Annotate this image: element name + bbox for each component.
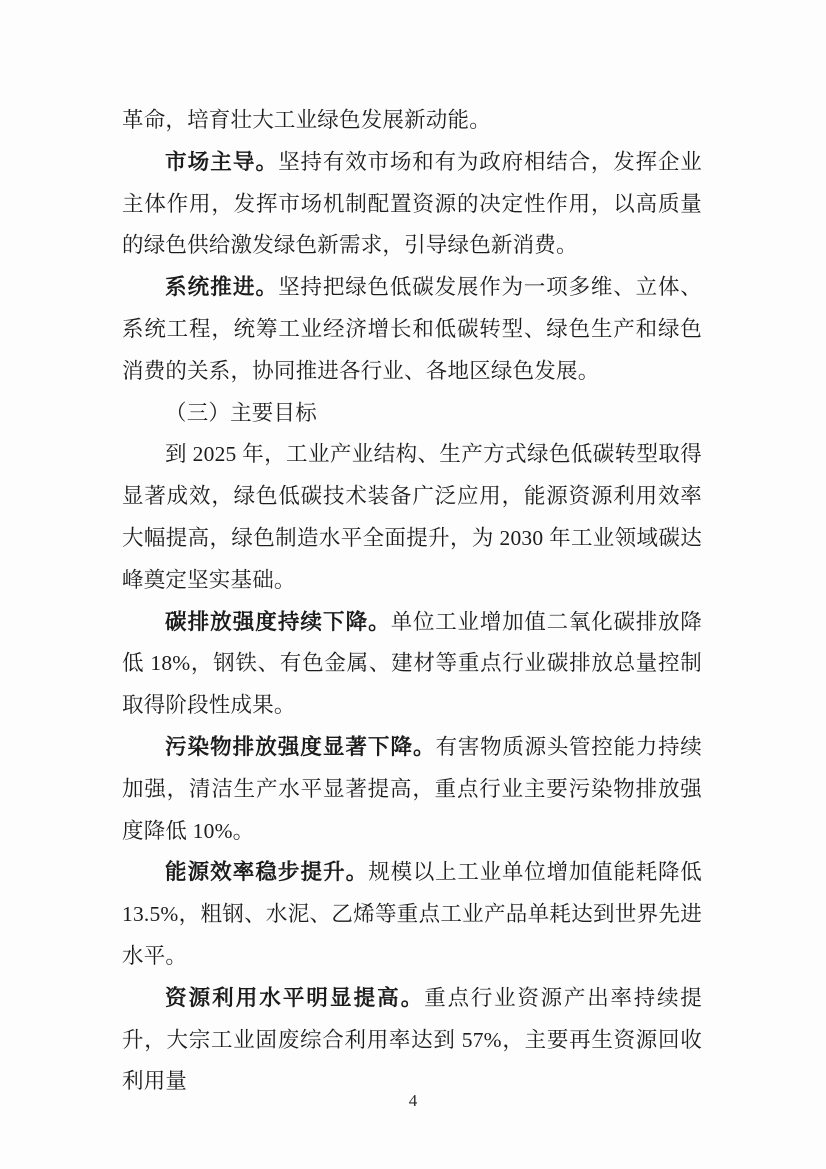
body-paragraph-systematic-advance: 系统推进。坚持把绿色低碳发展作为一项多维、立体、系统工程，统筹工业经济增长和低碳… (122, 267, 702, 392)
body-paragraph-carbon-intensity: 碳排放强度持续下降。单位工业增加值二氧化碳排放降低 18%，钢铁、有色金属、建材… (122, 602, 702, 727)
document-body: 革命，培育壮大工业绿色发展新动能。 市场主导。坚持有效市场和有为政府相结合，发挥… (122, 100, 702, 1103)
body-paragraph-energy-efficiency: 能源效率稳步提升。规模以上工业单位增加值能耗降低 13.5%，粗钢、水泥、乙烯等… (122, 852, 702, 977)
paragraph-lead: 市场主导。 (165, 150, 278, 174)
paragraph-lead: 污染物排放强度显著下降。 (165, 735, 436, 759)
paragraph-lead: 资源利用水平明显提高。 (165, 986, 424, 1010)
body-paragraph-market-led: 市场主导。坚持有效市场和有为政府相结合，发挥企业主体作用，发挥市场机制配置资源的… (122, 142, 702, 267)
paragraph-lead: 能源效率稳步提升。 (165, 860, 368, 884)
paragraph-lead: 系统推进。 (165, 275, 278, 299)
paragraph-lead: 碳排放强度持续下降。 (165, 610, 391, 634)
page-footer: 4 (0, 1091, 826, 1111)
paragraph-text: 到 2025 年，工业产业结构、生产方式绿色低碳转型取得显著成效，绿色低碳技术装… (122, 442, 702, 591)
document-page: 革命，培育壮大工业绿色发展新动能。 市场主导。坚持有效市场和有为政府相结合，发挥… (0, 0, 826, 1169)
body-paragraph-resource-utilization: 资源利用水平明显提高。重点行业资源产出率持续提升，大宗工业固废综合利用率达到 5… (122, 978, 702, 1103)
section-heading-main-goals: （三）主要目标 (122, 393, 702, 435)
section-heading-text: （三）主要目标 (165, 401, 317, 425)
page-number: 4 (409, 1091, 418, 1110)
body-paragraph-2025-goals: 到 2025 年，工业产业结构、生产方式绿色低碳转型取得显著成效，绿色低碳技术装… (122, 434, 702, 601)
body-paragraph-pollutant-intensity: 污染物排放强度显著下降。有害物质源头管控能力持续加强，清洁生产水平显著提高，重点… (122, 727, 702, 852)
paragraph-text: 革命，培育壮大工业绿色发展新动能。 (122, 108, 491, 132)
body-paragraph-continuation: 革命，培育壮大工业绿色发展新动能。 (122, 100, 702, 142)
